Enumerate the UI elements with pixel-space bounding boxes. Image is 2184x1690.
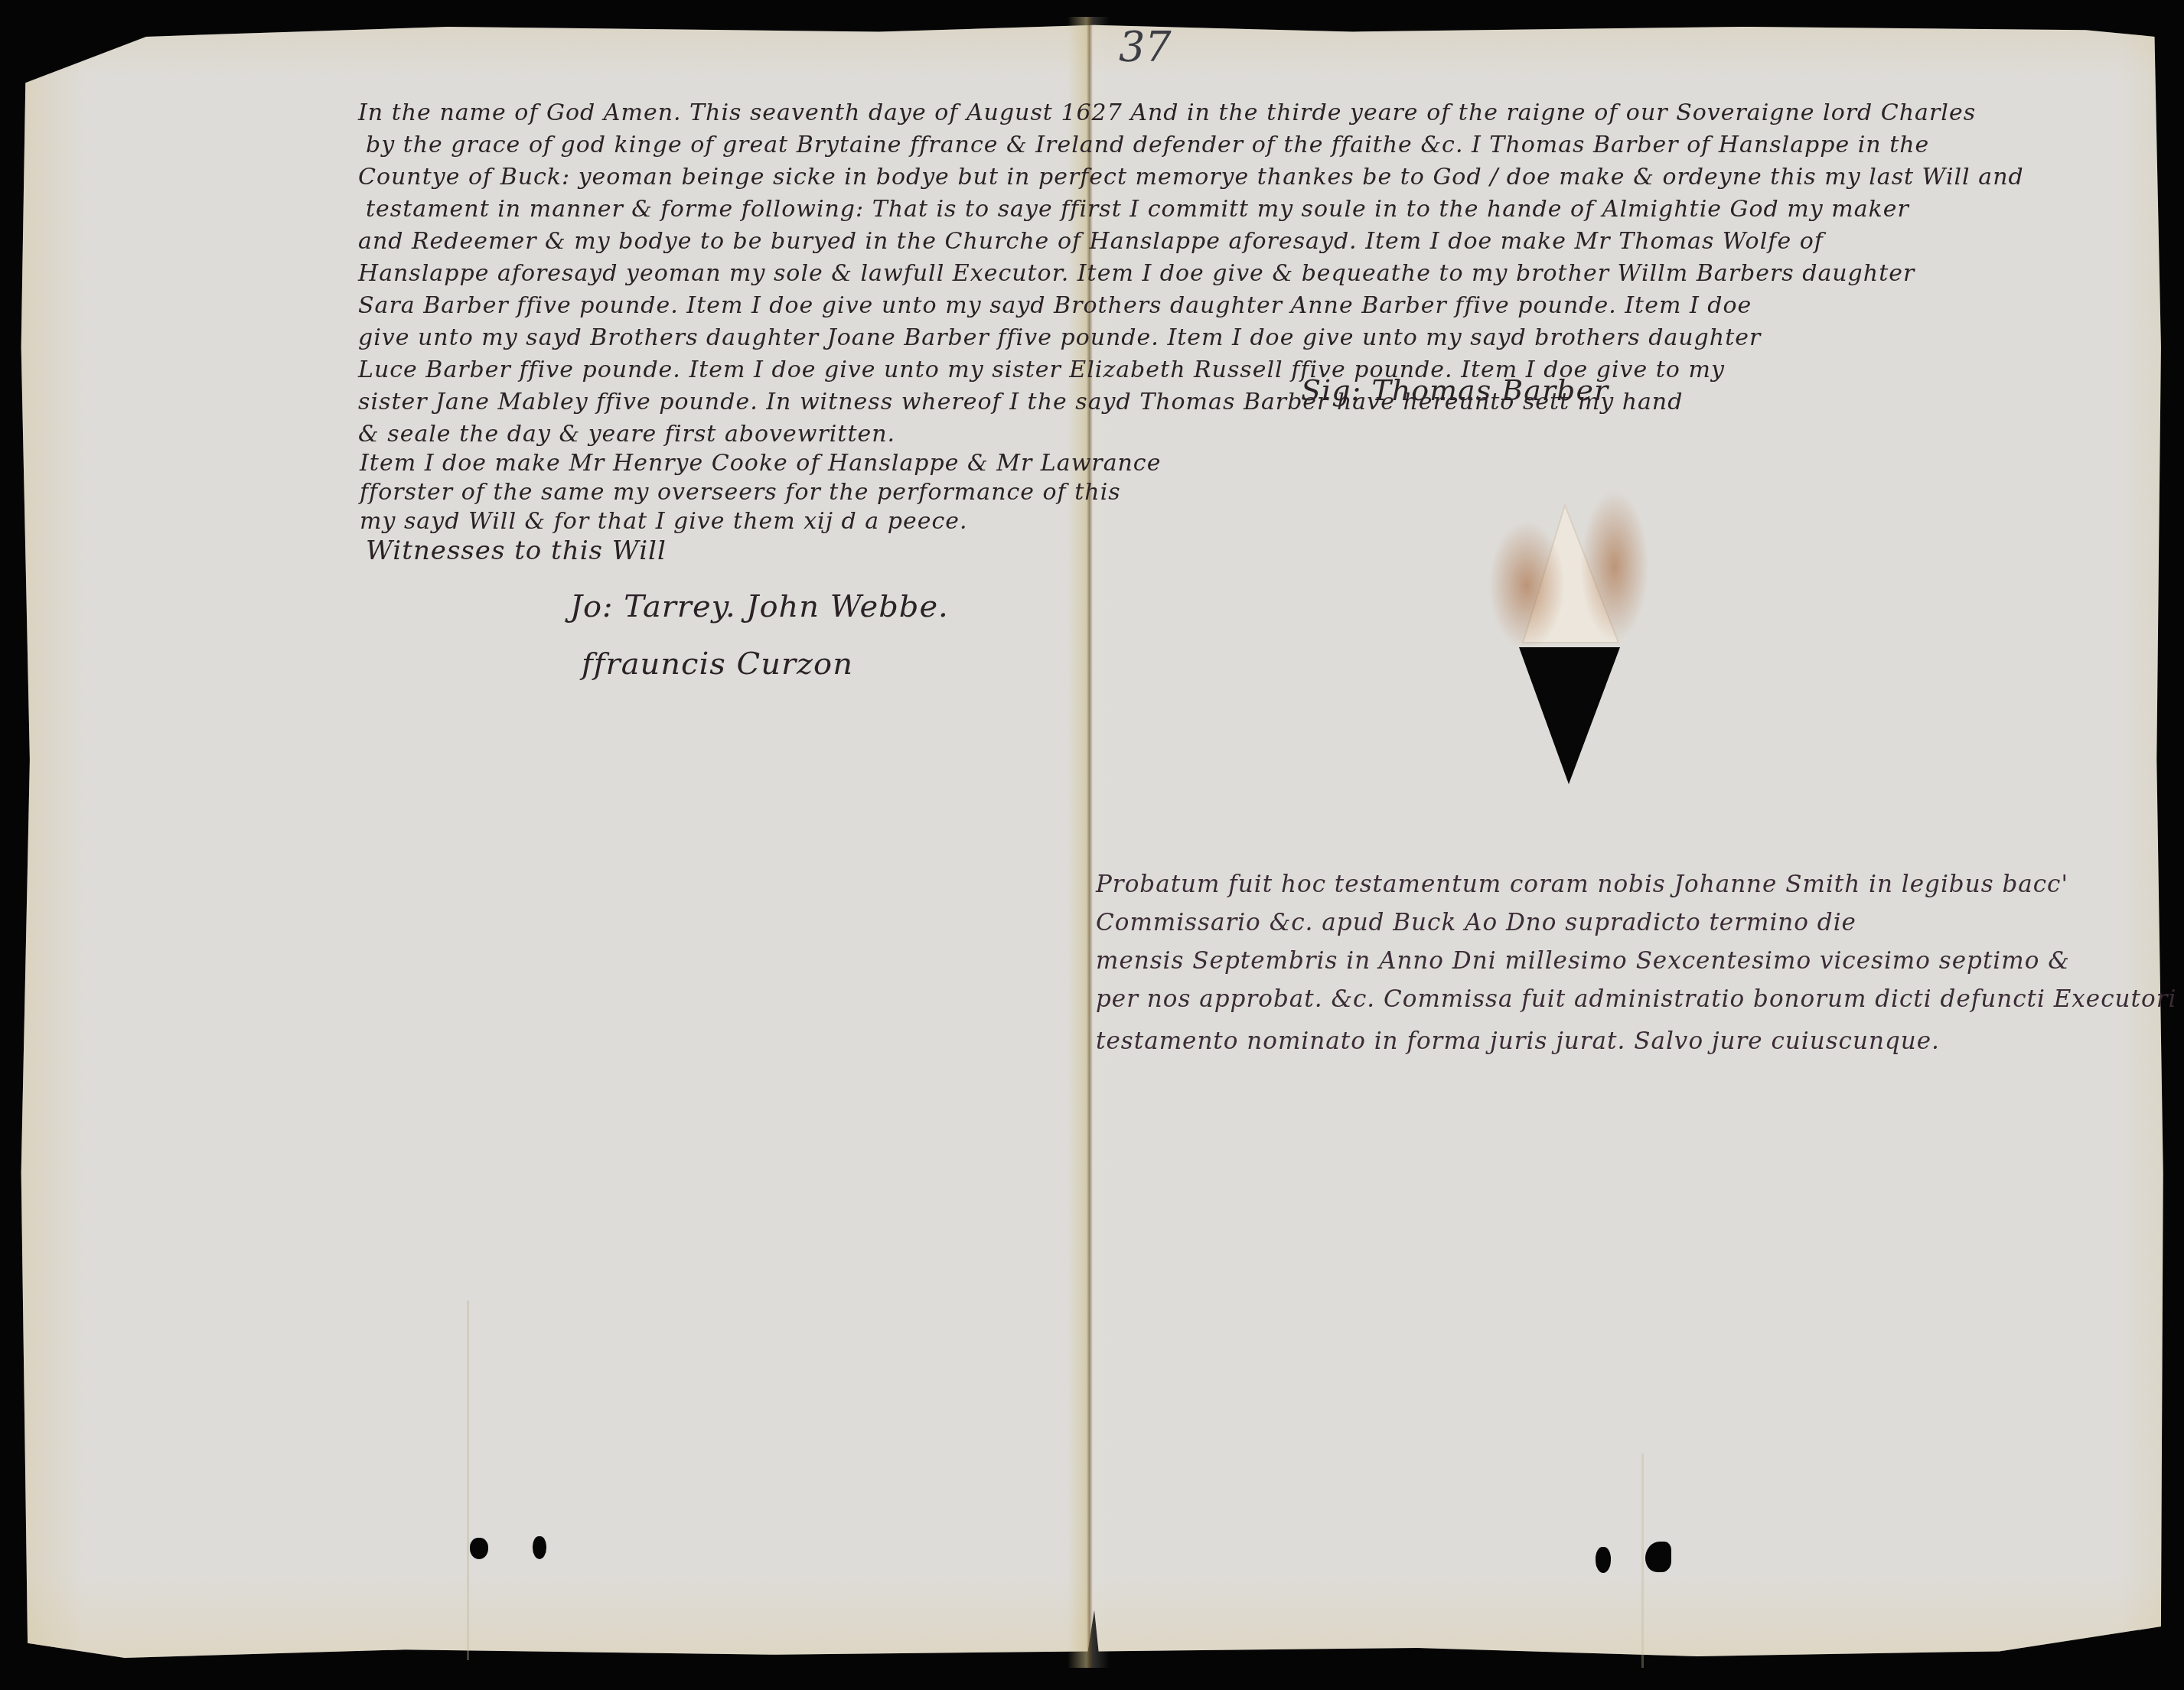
will-line: Hanslappe aforesayd yeoman my sole & law… xyxy=(358,260,1915,287)
probate-line: Probatum fuit hoc testamentum coram nobi… xyxy=(1096,871,2068,898)
probate-line: per nos approbat. &c. Commissa fuit admi… xyxy=(1096,985,2184,1013)
page-number: 37 xyxy=(1119,23,1172,71)
probate-line: Commissario &c. apud Buck Ao Dno supradi… xyxy=(1096,909,1856,936)
paper-hole xyxy=(470,1538,488,1559)
paper-hole xyxy=(1645,1542,1671,1572)
probate-line: mensis Septembris in Anno Dni millesimo … xyxy=(1096,947,2070,975)
paper-hole xyxy=(1596,1547,1611,1573)
will-line: Countye of Buck: yeoman beinge sicke in … xyxy=(358,164,2024,190)
wax-stain xyxy=(1488,520,1565,650)
will-line: give unto my sayd Brothers daughter Joan… xyxy=(358,324,1761,351)
seal-remnant xyxy=(1488,490,1649,788)
witness-name: ffrauncis Curzon xyxy=(582,646,853,682)
overseers-line: fforster of the same my overseers for th… xyxy=(360,479,1121,506)
overseers-line: Item I doe make Mr Henrye Cooke of Hansl… xyxy=(360,450,1161,477)
will-line: & seale the day & yeare first abovewritt… xyxy=(358,421,895,448)
testator-signature: Sig: Thomas Barber xyxy=(1301,373,1609,407)
will-line: by the grace of god kinge of great Bryta… xyxy=(366,132,1929,158)
will-line: and Redeemer & my bodye to be buryed in … xyxy=(358,228,1824,255)
paper-crease xyxy=(467,1301,469,1660)
will-line: In the name of God Amen. This seaventh d… xyxy=(358,99,1976,126)
will-line: testament in manner & forme following: T… xyxy=(366,196,1909,223)
will-line: Sara Barber ffive pounde. Item I doe giv… xyxy=(358,292,1752,319)
paper-hole xyxy=(533,1536,546,1559)
probate-line: testamento nominato in forma juris jurat… xyxy=(1096,1027,1940,1055)
wax-stain xyxy=(1580,490,1649,643)
paper-crease xyxy=(1641,1454,1644,1668)
overseers-line: my sayd Will & for that I give them xij … xyxy=(360,508,968,535)
witness-name: Jo: Tarrey. John Webbe. xyxy=(570,589,949,624)
witnesses-heading: Witnesses to this Will xyxy=(366,536,667,566)
